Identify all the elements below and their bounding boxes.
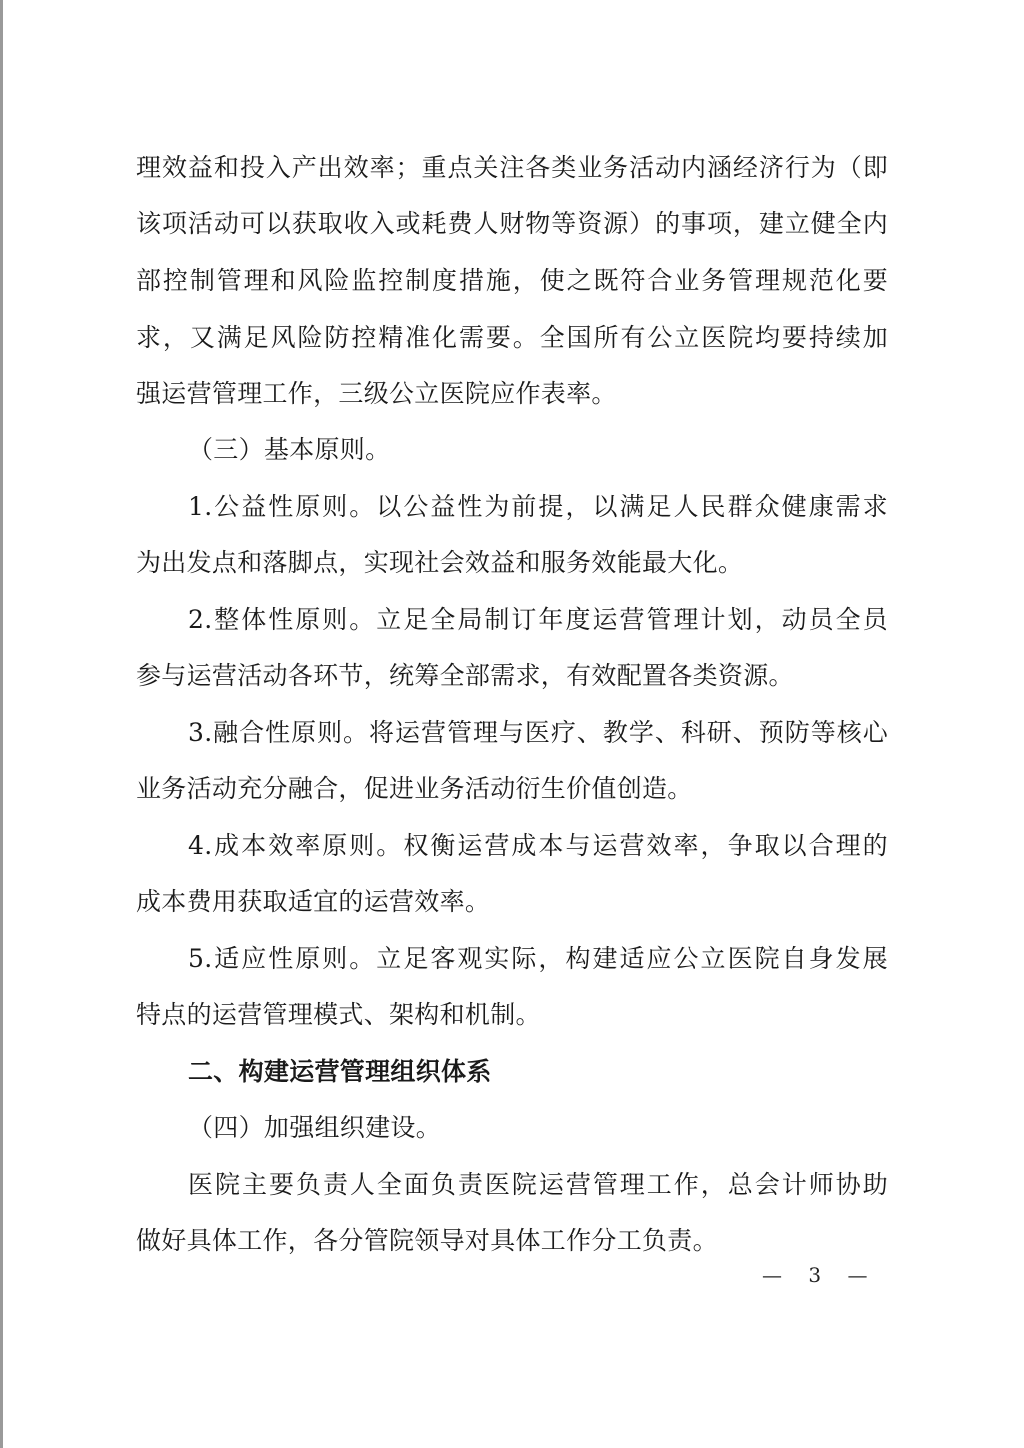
paragraph-line: 理效益和投入产出效率；重点关注各类业务活动内涵经济行为（即 (136, 140, 888, 196)
chapter-heading: 二、构建运营管理组织体系 (136, 1044, 492, 1100)
section-heading-basic-principles: （三）基本原则。 (136, 422, 390, 478)
paragraph-line: 求，又满足风险防控精准化需要。全国所有公立医院均要持续加 (136, 310, 888, 366)
principle-1-line: 为出发点和落脚点，实现社会效益和服务效能最大化。 (136, 535, 743, 591)
page-number: — 3 — (762, 1260, 877, 1290)
principle-5-line: 特点的运营管理模式、架构和机制。 (136, 987, 541, 1043)
principle-4-line: 成本费用获取适宜的运营效率。 (136, 874, 490, 930)
page-edge (0, 0, 3, 1448)
paragraph-line: 医院主要负责人全面负责医院运营管理工作，总会计师协助 (136, 1157, 888, 1213)
principle-3-line: 业务活动充分融合，促进业务活动衍生价值创造。 (136, 761, 693, 817)
principle-5-line: 5.适应性原则。立足客观实际，构建适应公立医院自身发展 (136, 931, 888, 987)
paragraph-line: 强运营管理工作，三级公立医院应作表率。 (136, 366, 617, 422)
paragraph-line: 该项活动可以获取收入或耗费人财物等资源）的事项，建立健全内 (136, 196, 888, 252)
paragraph-line: 部控制管理和风险监控制度措施，使之既符合业务管理规范化要 (136, 253, 888, 309)
principle-2-line: 2.整体性原则。立足全局制订年度运营管理计划，动员全员 (136, 592, 888, 648)
section-heading-organization: （四）加强组织建设。 (136, 1100, 441, 1156)
principle-3-line: 3.融合性原则。将运营管理与医疗、教学、科研、预防等核心 (136, 705, 888, 761)
principle-1-line: 1.公益性原则。以公益性为前提，以满足人民群众健康需求 (136, 479, 888, 535)
principle-2-line: 参与运营活动各环节，统筹全部需求，有效配置各类资源。 (136, 648, 794, 704)
paragraph-line: 做好具体工作，各分管院领导对具体工作分工负责。 (136, 1213, 718, 1269)
principle-4-line: 4.成本效率原则。权衡运营成本与运营效率，争取以合理的 (136, 818, 888, 874)
